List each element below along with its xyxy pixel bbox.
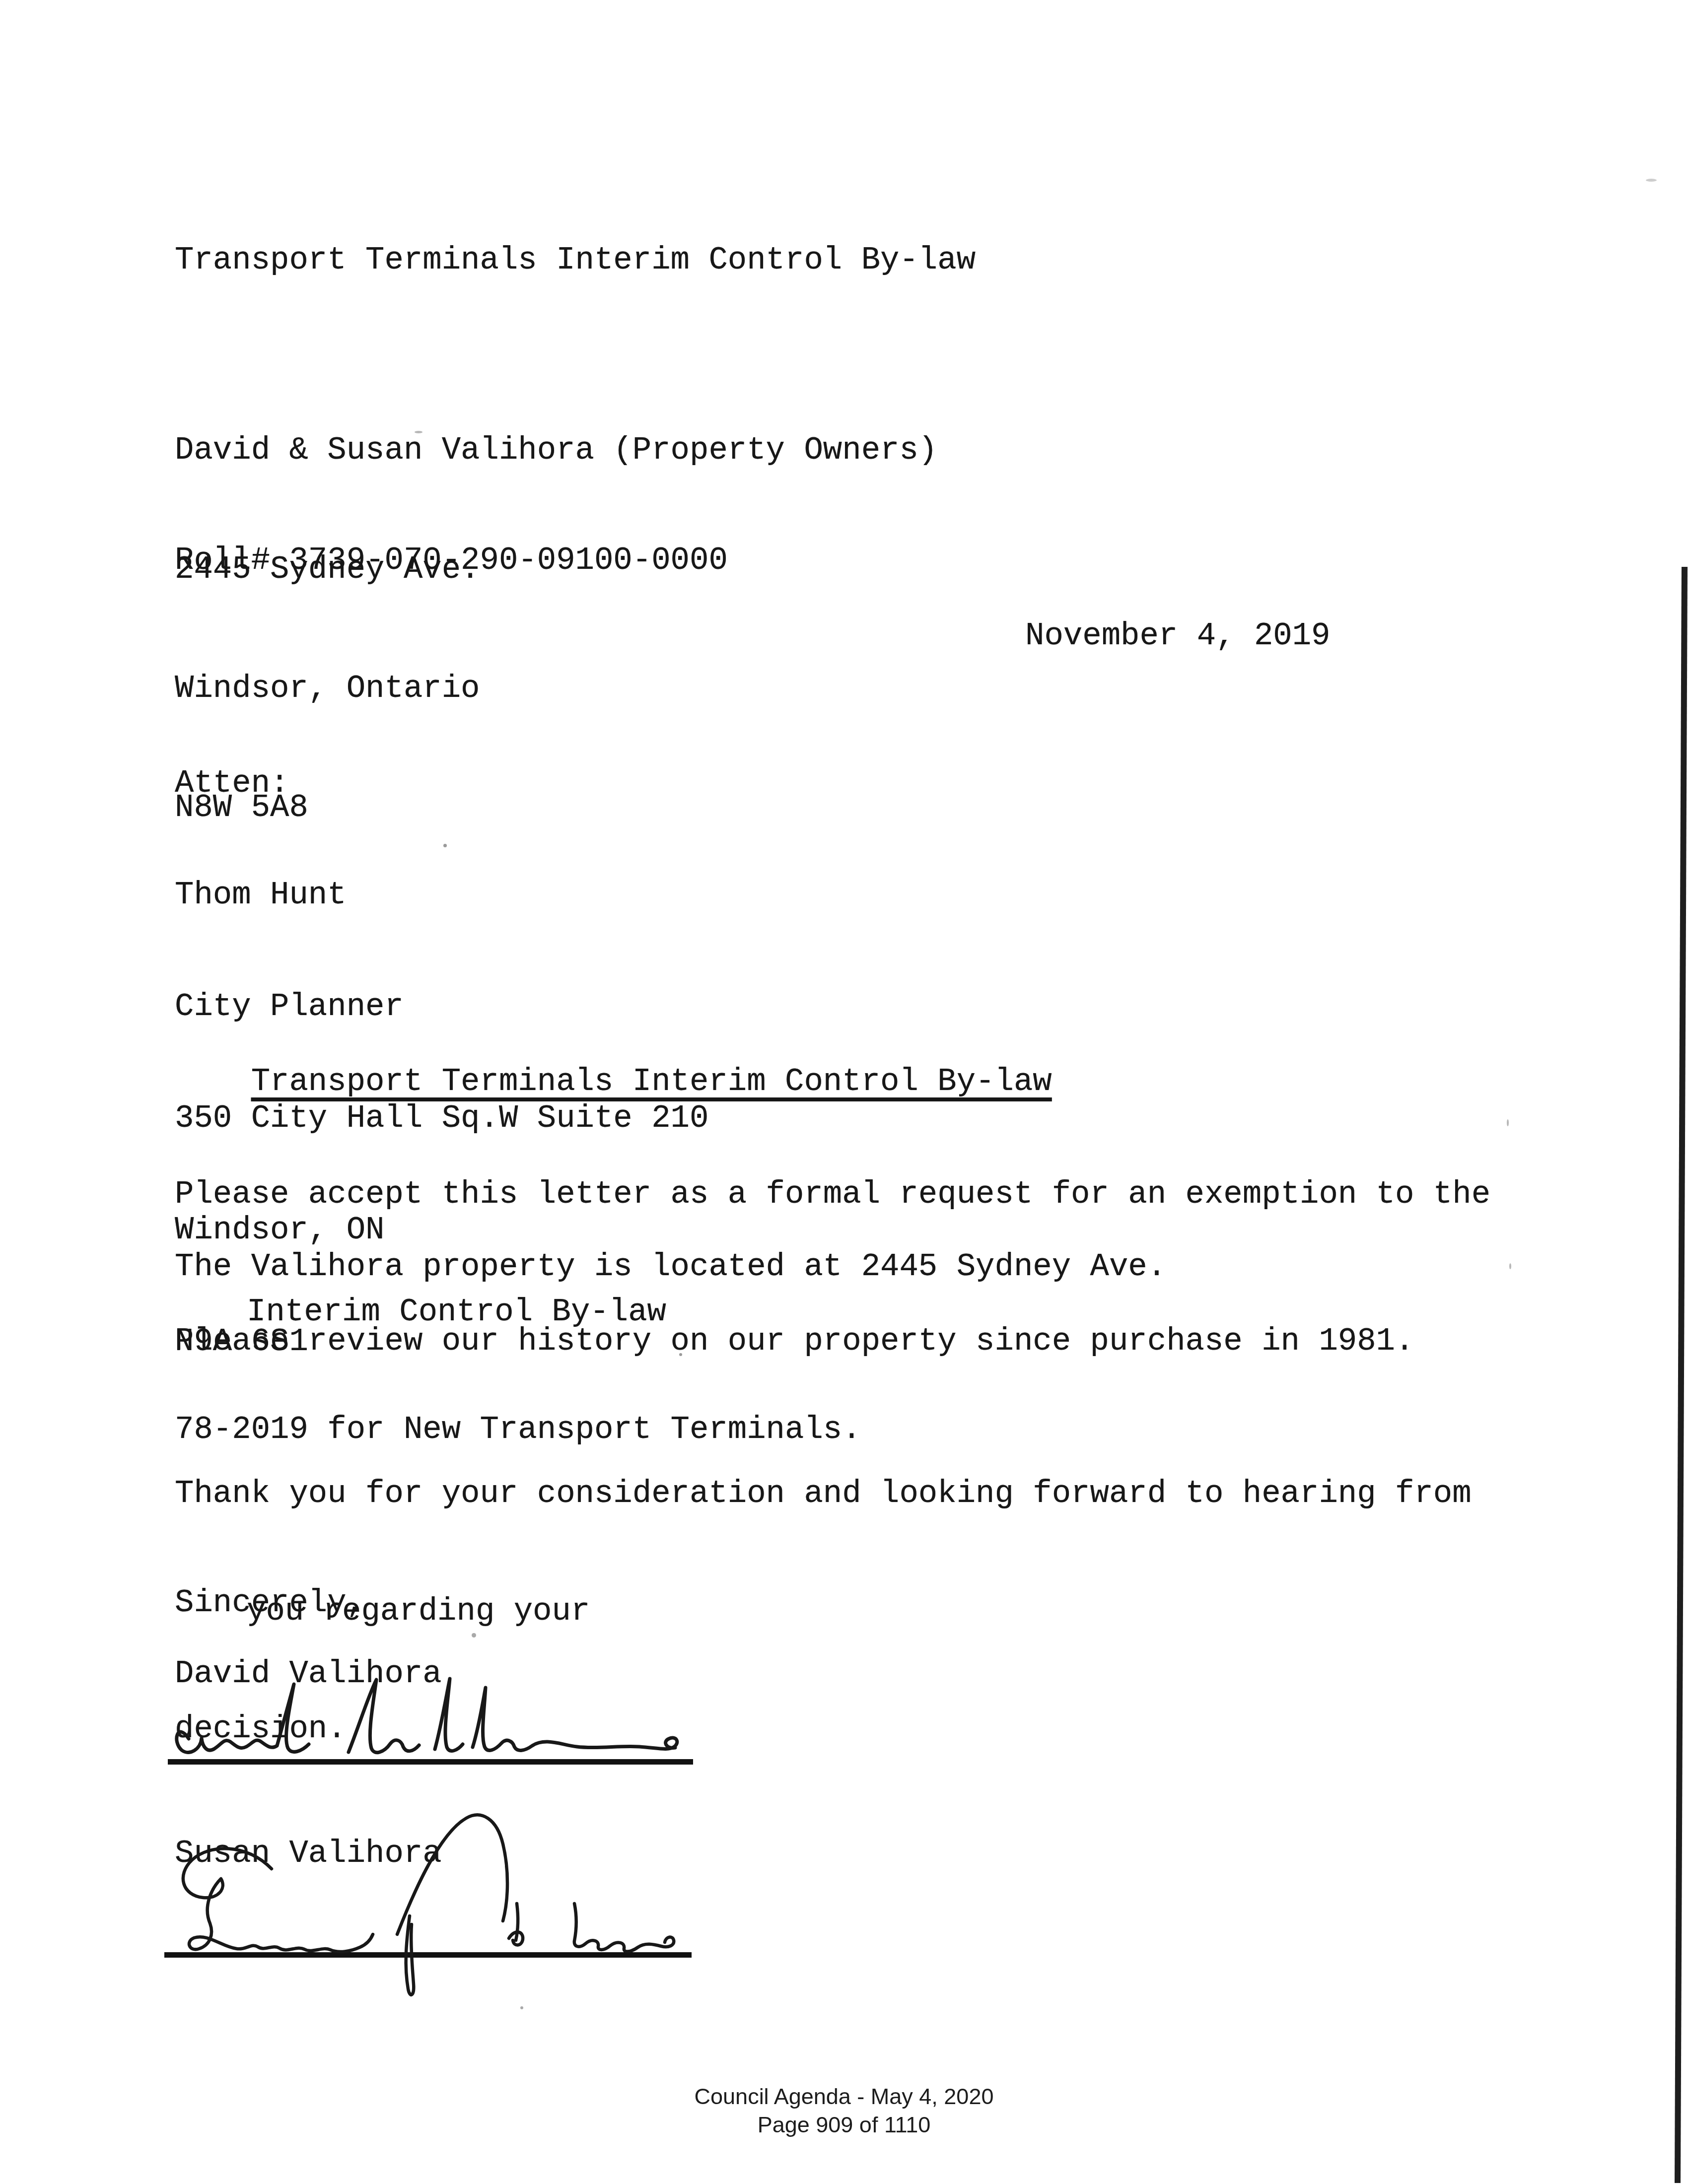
david-signature-image <box>164 1672 710 1771</box>
closing-salutation: Sincerely, <box>175 1583 365 1623</box>
footer-page-number: Page 909 of 1110 <box>0 2111 1688 2139</box>
attention-label: Atten: <box>175 765 708 803</box>
scanner-edge-artifact <box>1658 561 1688 2184</box>
pdf-footer-stamp: Council Agenda - May 4, 2020 Page 909 of… <box>0 2082 1688 2139</box>
scan-speck <box>415 431 422 433</box>
david-signature-underline <box>168 1759 693 1765</box>
footer-agenda-line: Council Agenda - May 4, 2020 <box>0 2082 1688 2111</box>
scan-speck <box>472 1633 476 1638</box>
scan-speck <box>1509 1263 1511 1269</box>
scanned-letter-page: Transport Terminals Interim Control By-l… <box>0 0 1688 2184</box>
recipient-title: City Planner <box>175 989 708 1026</box>
body-paragraph-3: Please review our history on our propert… <box>175 1322 1414 1362</box>
paragraph-line: you regarding your <box>175 1592 1472 1632</box>
roll-number: Roll# 3739-070-290-09100-0000 <box>175 541 728 581</box>
susan-signature-underline <box>164 1952 692 1958</box>
subject-heading-text: Transport Terminals Interim Control By-l… <box>251 1064 1052 1100</box>
paragraph-line: Please accept this letter as a formal re… <box>175 1175 1490 1215</box>
paragraph-line: Thank you for your consideration and loo… <box>175 1475 1472 1514</box>
body-paragraph-2: The Valihora property is located at 2445… <box>175 1247 1166 1287</box>
susan-signature-image <box>161 1799 717 2008</box>
sender-name-line: David & Susan Valihora (Property Owners) <box>175 431 937 471</box>
scan-speck <box>520 2006 523 2009</box>
scan-speck <box>1507 1119 1509 1126</box>
scan-speck <box>1646 179 1657 182</box>
letter-date: November 4, 2019 <box>1025 616 1331 656</box>
scan-speck <box>679 1353 682 1356</box>
letter-subject-top: Transport Terminals Interim Control By-l… <box>175 241 976 280</box>
scan-speck <box>443 844 447 847</box>
recipient-name: Thom Hunt <box>175 877 708 914</box>
